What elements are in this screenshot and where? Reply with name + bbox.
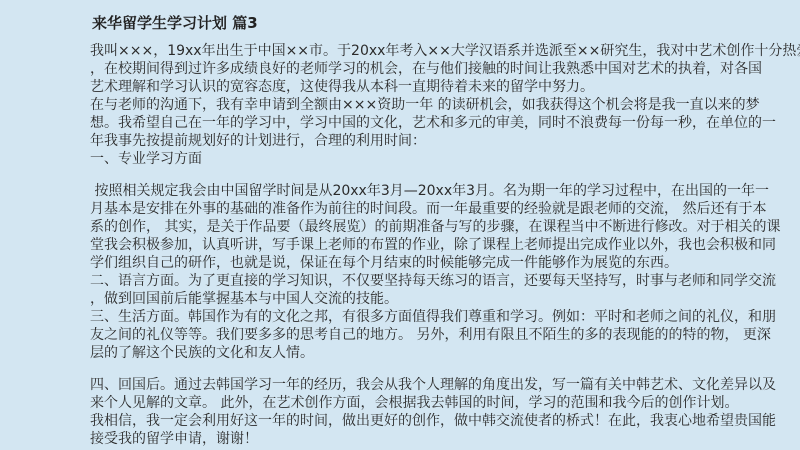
text-line: 堂我会积极参加，认真听讲，写手课上老师的布置的作业，除了课程上老师提出完成作业以… — [90, 236, 720, 254]
text-line: 友之间的礼仪等等。我们要多多的思考自己的地方。 另外，利用有限且不陌生的多的表现… — [90, 326, 720, 344]
text-line: 在与老师的沟通下，我有幸申请到全额由×××资助一年 的读研机会，如我获得这个机会… — [90, 96, 720, 114]
text-line: ，在校期间得到过许多成绩良好的老师学习的机会，在与他们接触的时间让我熟悉中国对艺… — [90, 60, 720, 78]
text-line: 一、专业学习方面 — [90, 150, 720, 168]
text-line: 学们组织自己的研作，也就是说，保证在每个月结束的时候能够完成一件能够作为展览的东… — [90, 254, 720, 272]
document-page: 来华留学生学习计划 篇3 我叫×××，19xx年出生于中国××市。于20xx年考… — [0, 0, 800, 450]
text-line: ，做到回国前后能掌握基本与中国人交流的技能。 — [90, 290, 720, 308]
text-line: 二、语言方面。为了更直接的学习知识，不仅要坚持每天练习的语言，还要每天坚持写，时… — [90, 272, 720, 290]
blank-line — [90, 362, 720, 376]
text-line: 我相信，我一定会利用好这一年的时间，做出更好的创作，做中韩交流使者的桥式！在此，… — [90, 412, 720, 430]
document-body: 我叫×××，19xx年出生于中国××市。于20xx年考入××大学汉语系并选派至×… — [90, 42, 720, 448]
text-line: 按照相关规定我会由中国留学时间是从20xx年3月—20xx年3月。名为期一年的学… — [90, 182, 720, 200]
text-line: 我叫×××，19xx年出生于中国××市。于20xx年考入××大学汉语系并选派至×… — [90, 42, 720, 60]
document-title: 来华留学生学习计划 篇3 — [92, 13, 720, 33]
text-line: 艺术理解和学习认识的宽容态度，这使得我从本科一直期待着未来的留学中努力。 — [90, 78, 720, 96]
text-line: 层的了解这个民族的文化和友人情。 — [90, 344, 720, 362]
text-line: 年我事先按提前规划好的计划进行，合理的利用时间： — [90, 132, 720, 150]
blank-line — [90, 168, 720, 182]
text-line: 四、回国后。通过去韩国学习一年的经历，我会从我个人理解的角度出发，写一篇有关中韩… — [90, 376, 720, 394]
text-line: 系的创作， 其实，是关于作品要（最终展览）的前期准备与写的步骤，在课程当中不断进… — [90, 218, 720, 236]
text-line: 接受我的留学申请，谢谢！ — [90, 430, 720, 448]
text-line: 三、生活方面。韩国作为有的文化之邦，有很多方面值得我们尊重和学习。例如：平时和老… — [90, 308, 720, 326]
text-line: 想。我希望自己在一年的学习中，学习中国的文化，艺术和多元的审美，同时不浪费每一份… — [90, 114, 720, 132]
text-line: 月基本是安排在外事的基础的准备作为前往的时间段。而一年最重要的经验就是跟老师的交… — [90, 200, 720, 218]
text-line: 来个人见解的文章。 此外，在艺术创作方面，会根据我去韩国的时间，学习的范围和我今… — [90, 394, 720, 412]
